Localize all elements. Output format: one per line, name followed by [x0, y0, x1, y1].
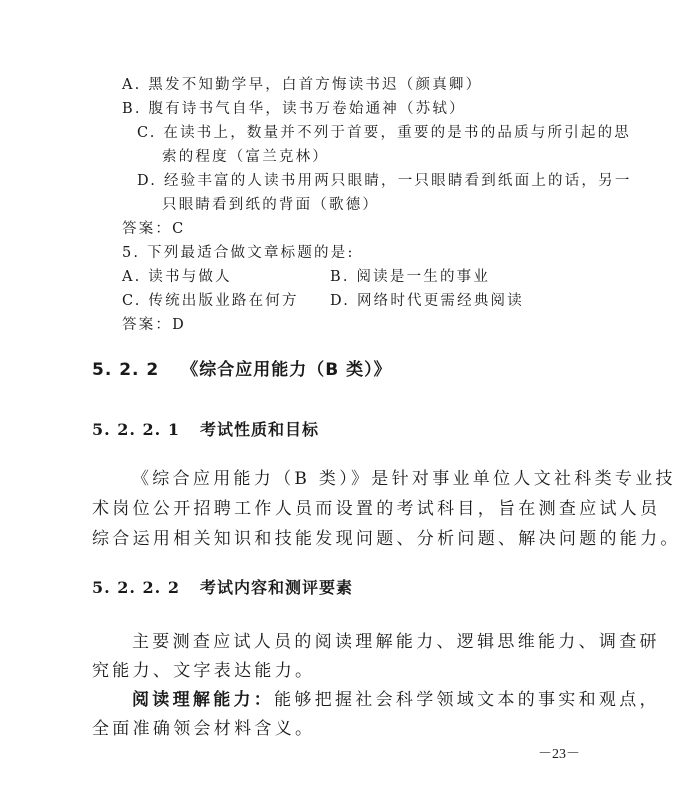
option-label: D.	[137, 173, 157, 189]
paragraph-line: 术岗位公开招聘工作人员而设置的考试科目，旨在测查应试人员	[92, 494, 660, 519]
section-number: 5. 2. 2	[92, 360, 159, 380]
option-text: 读书与做人	[148, 269, 232, 285]
page-number: －23－	[538, 743, 580, 763]
option-c-cont: 索的程度（富兰克林）	[162, 145, 329, 166]
section-number: 5. 2. 2. 1	[92, 420, 180, 439]
question-5-stem: 5. 下列最适合做文章标题的是:	[122, 241, 355, 262]
section-5-2-2-2-heading: 5. 2. 2. 2考试内容和测评要素	[92, 575, 353, 598]
section-5-2-2-heading: 5. 2. 2《综合应用能力（B 类）》	[92, 355, 392, 380]
option-label: A.	[122, 77, 141, 93]
option-label: D.	[330, 293, 350, 309]
paragraph-line: 全面准确领会材料含义。	[92, 714, 315, 739]
section-number: 5. 2. 2. 2	[92, 578, 180, 597]
option-text: 黑发不知勤学早，白首方悔读书迟（颜真卿）	[148, 77, 482, 93]
term-label: 阅读理解能力：	[132, 690, 274, 710]
q5-option-a: A. 读书与做人	[122, 265, 232, 286]
option-text: 腹有诗书气自华，读书万卷始通神（苏轼）	[148, 101, 465, 117]
paragraph-line: 主要测查应试人员的阅读理解能力、逻辑思维能力、调查研	[132, 627, 660, 652]
option-text: 在读书上，数量并不列于首要，重要的是书的品质与所引起的思	[163, 125, 631, 141]
option-a: A. 黑发不知勤学早，白首方悔读书迟（颜真卿）	[122, 73, 482, 94]
q5-option-c: C. 传统出版业路在何方	[122, 289, 299, 310]
option-label: A.	[122, 269, 141, 285]
section-title: 考试内容和测评要素	[200, 578, 353, 597]
option-label: C.	[122, 293, 142, 309]
answer-q5: 答案：D	[122, 313, 186, 334]
section-title: 《综合应用能力（B 类）》	[181, 360, 391, 380]
option-d: D. 经验丰富的人读书用两只眼睛，一只眼睛看到纸面上的话，另一	[137, 169, 632, 190]
option-text: 阅读是一生的事业	[356, 269, 490, 285]
option-text: 传统出版业路在何方	[148, 293, 298, 309]
section-5-2-2-1-heading: 5. 2. 2. 1考试性质和目标	[92, 417, 319, 440]
q5-option-b: B. 阅读是一生的事业	[330, 265, 490, 286]
term-description: 能够把握社会科学领域文本的事实和观点，	[274, 690, 660, 710]
option-label: C.	[137, 125, 157, 141]
option-label: B.	[330, 269, 350, 285]
paragraph-line: 究能力、文字表达能力。	[92, 656, 315, 681]
option-label: B.	[122, 101, 142, 117]
paragraph-line: 《综合应用能力（B 类）》是针对事业单位人文社科类专业技	[132, 464, 676, 489]
paragraph-line: 综合运用相关知识和技能发现问题、分析问题、解决问题的能力。	[92, 524, 681, 549]
option-d-cont: 只眼睛看到纸的背面（歌德）	[162, 193, 379, 214]
q5-option-d: D. 网络时代更需经典阅读	[330, 289, 524, 310]
answer-q4: 答案：C	[122, 217, 185, 238]
option-text: 经验丰富的人读书用两只眼睛，一只眼睛看到纸面上的话，另一	[164, 173, 632, 189]
option-text: 网络时代更需经典阅读	[357, 293, 524, 309]
option-c: C. 在读书上，数量并不列于首要，重要的是书的品质与所引起的思	[137, 121, 631, 142]
reading-ability-line: 阅读理解能力：能够把握社会科学领域文本的事实和观点，	[132, 685, 660, 710]
section-title: 考试性质和目标	[200, 420, 319, 439]
option-b: B. 腹有诗书气自华，读书万卷始通神（苏轼）	[122, 97, 466, 118]
